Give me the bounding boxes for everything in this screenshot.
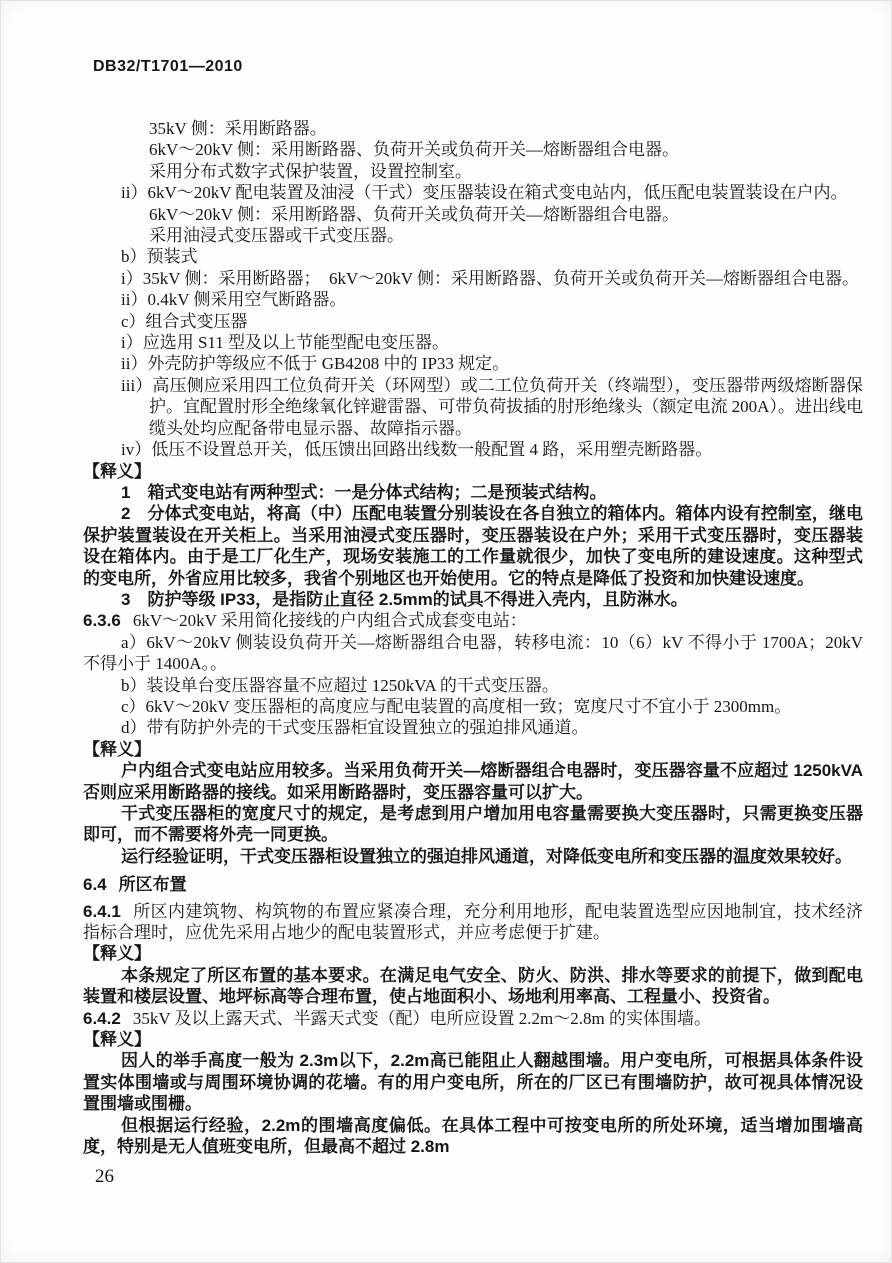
- document-page: DB32/T1701—2010 35kV 侧：采用断路器。6kV～20kV 侧：…: [0, 0, 892, 1263]
- list-line: b）装设单台变压器容量不应超过 1250kVA 的干式变压器。: [83, 675, 863, 696]
- annotation-item: 干式变压器柜的宽度尺寸的规定，是考虑到用户增加用电容量需要换大变压器时，只需更换…: [83, 803, 863, 846]
- annotation-item: 1 箱式变电站有两种型式：一是分体式结构；二是预装式结构。: [83, 482, 863, 503]
- clause-line: 6.3.66kV～20kV 采用简化接线的户内组合式成套变电站：: [83, 610, 863, 631]
- list-line: iii）高压侧应采用四工位负荷开关（环网型）或二工位负荷开关（终端型），变压器带…: [83, 375, 863, 439]
- list-line: 采用油浸式变压器或干式变压器。: [83, 225, 863, 246]
- list-line: b）预装式: [83, 246, 863, 267]
- annotation-item: 因人的举手高度一般为 2.3m以下，2.2m高已能阻止人翻越围墙。用户变电所，可…: [83, 1050, 863, 1114]
- list-line: ii）外壳防护等级应不低于 GB4208 中的 IP33 规定。: [83, 353, 863, 374]
- standard-number: DB32/T1701—2010: [93, 58, 243, 76]
- document-body: 35kV 侧：采用断路器。6kV～20kV 侧：采用断路器、负荷开关或负荷开关—…: [83, 118, 863, 1158]
- clause-line: 6.4.235kV 及以上露天式、半露天式变（配）电所应设置 2.2m～2.8m…: [83, 1008, 863, 1029]
- list-line: a）6kV～20kV 侧装设负荷开关—熔断器组合电器，转移电流：10（6）kV …: [83, 632, 863, 675]
- annotation-label: 【释义】: [83, 739, 863, 760]
- clause-line: 6.4.1所区内建筑物、构筑物的布置应紧凑合理，充分利用地形，配电装置选型应因地…: [83, 901, 863, 944]
- annotation-item: 3 防护等级 IP33，是指防止直径 2.5mm的试具不得进入壳内，且防淋水。: [83, 589, 863, 610]
- list-line: 采用分布式数字式保护装置，设置控制室。: [83, 161, 863, 182]
- list-line: i）应选用 S11 型及以上节能型配电变压器。: [83, 332, 863, 353]
- annotation-label: 【释义】: [83, 461, 863, 482]
- clause-number: 6.4: [83, 875, 107, 894]
- list-line: d）带有防护外壳的干式变压器柜宜设置独立的强迫排风通道。: [83, 717, 863, 738]
- list-line: 35kV 侧：采用断路器。: [83, 118, 863, 139]
- clause-number: 6.4.2: [83, 1009, 121, 1028]
- annotation-item: 户内组合式变电站应用较多。当采用负荷开关—熔断器组合电器时，变压器容量不应超过 …: [83, 760, 863, 803]
- annotation-label: 【释义】: [83, 1029, 863, 1050]
- section-heading: 6.4所区布置: [83, 874, 863, 895]
- annotation-label: 【释义】: [83, 943, 863, 964]
- annotation-item: 运行经验证明，干式变压器柜设置独立的强迫排风通道，对降低变电所和变压器的温度效果…: [83, 846, 863, 867]
- list-line: iv）低压不设置总开关，低压馈出回路出线数一般配置 4 路，采用塑壳断路器。: [83, 439, 863, 460]
- annotation-item: 但根据运行经验，2.2m的围墙高度偏低。在具体工程中可按变电所的所处环境，适当增…: [83, 1115, 863, 1158]
- list-line: 6kV～20kV 侧：采用断路器、负荷开关或负荷开关—熔断器组合电器。: [83, 139, 863, 160]
- annotation-item: 本条规定了所区布置的基本要求。在满足电气安全、防火、防洪、排水等要求的前提下，做…: [83, 965, 863, 1008]
- page-number: 26: [95, 1166, 114, 1188]
- list-line: 6kV～20kV 侧：采用断路器、负荷开关或负荷开关—熔断器组合电器。: [83, 204, 863, 225]
- list-line: ii）6kV～20kV 配电装置及油浸（干式）变压器装设在箱式变电站内，低压配电…: [83, 182, 863, 203]
- clause-number: 6.4.1: [83, 902, 121, 921]
- list-line: i）35kV 侧：采用断路器； 6kV～20kV 侧：采用断路器、负荷开关或负荷…: [83, 268, 863, 289]
- list-line: c）6kV～20kV 变压器柜的高度应与配电装置的高度相一致；宽度尺寸不宜小于 …: [83, 696, 863, 717]
- list-line: ii）0.4kV 侧采用空气断路器。: [83, 289, 863, 310]
- annotation-item: 2 分体式变电站，将高（中）压配电装置分别装设在各自独立的箱体内。箱体内设有控制…: [83, 503, 863, 589]
- clause-number: 6.3.6: [83, 611, 121, 630]
- list-line: c）组合式变压器: [83, 311, 863, 332]
